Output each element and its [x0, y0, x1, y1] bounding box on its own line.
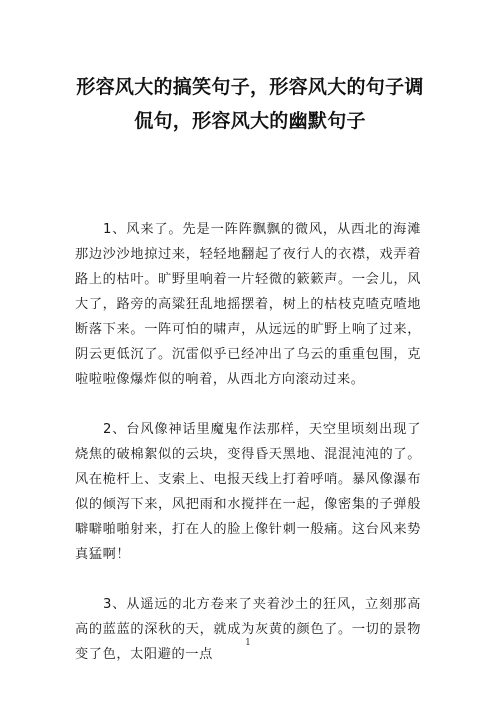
page-number: 1	[240, 638, 256, 648]
document-title-line-1: 形容风大的搞笑句子，形容风大的句子调	[60, 70, 440, 104]
paragraph-1: 1、风来了。先是一阵阵飘飘的微风，从西北的海滩那边沙沙地掠过来，轻轻地翻起了夜行…	[75, 217, 421, 392]
paragraph-2: 2、台风像神话里魔鬼作法那样，天空里顷刻出现了烧焦的破棉絮似的云块，变得昏天黑地…	[75, 417, 421, 567]
paragraph-3: 3、从遥远的北方卷来了夹着沙土的狂风，立刻那高高的蓝蓝的深秋的天，就成为灰黄的颜…	[75, 592, 421, 667]
document-title-line-2: 侃句，形容风大的幽默句子	[60, 104, 440, 138]
